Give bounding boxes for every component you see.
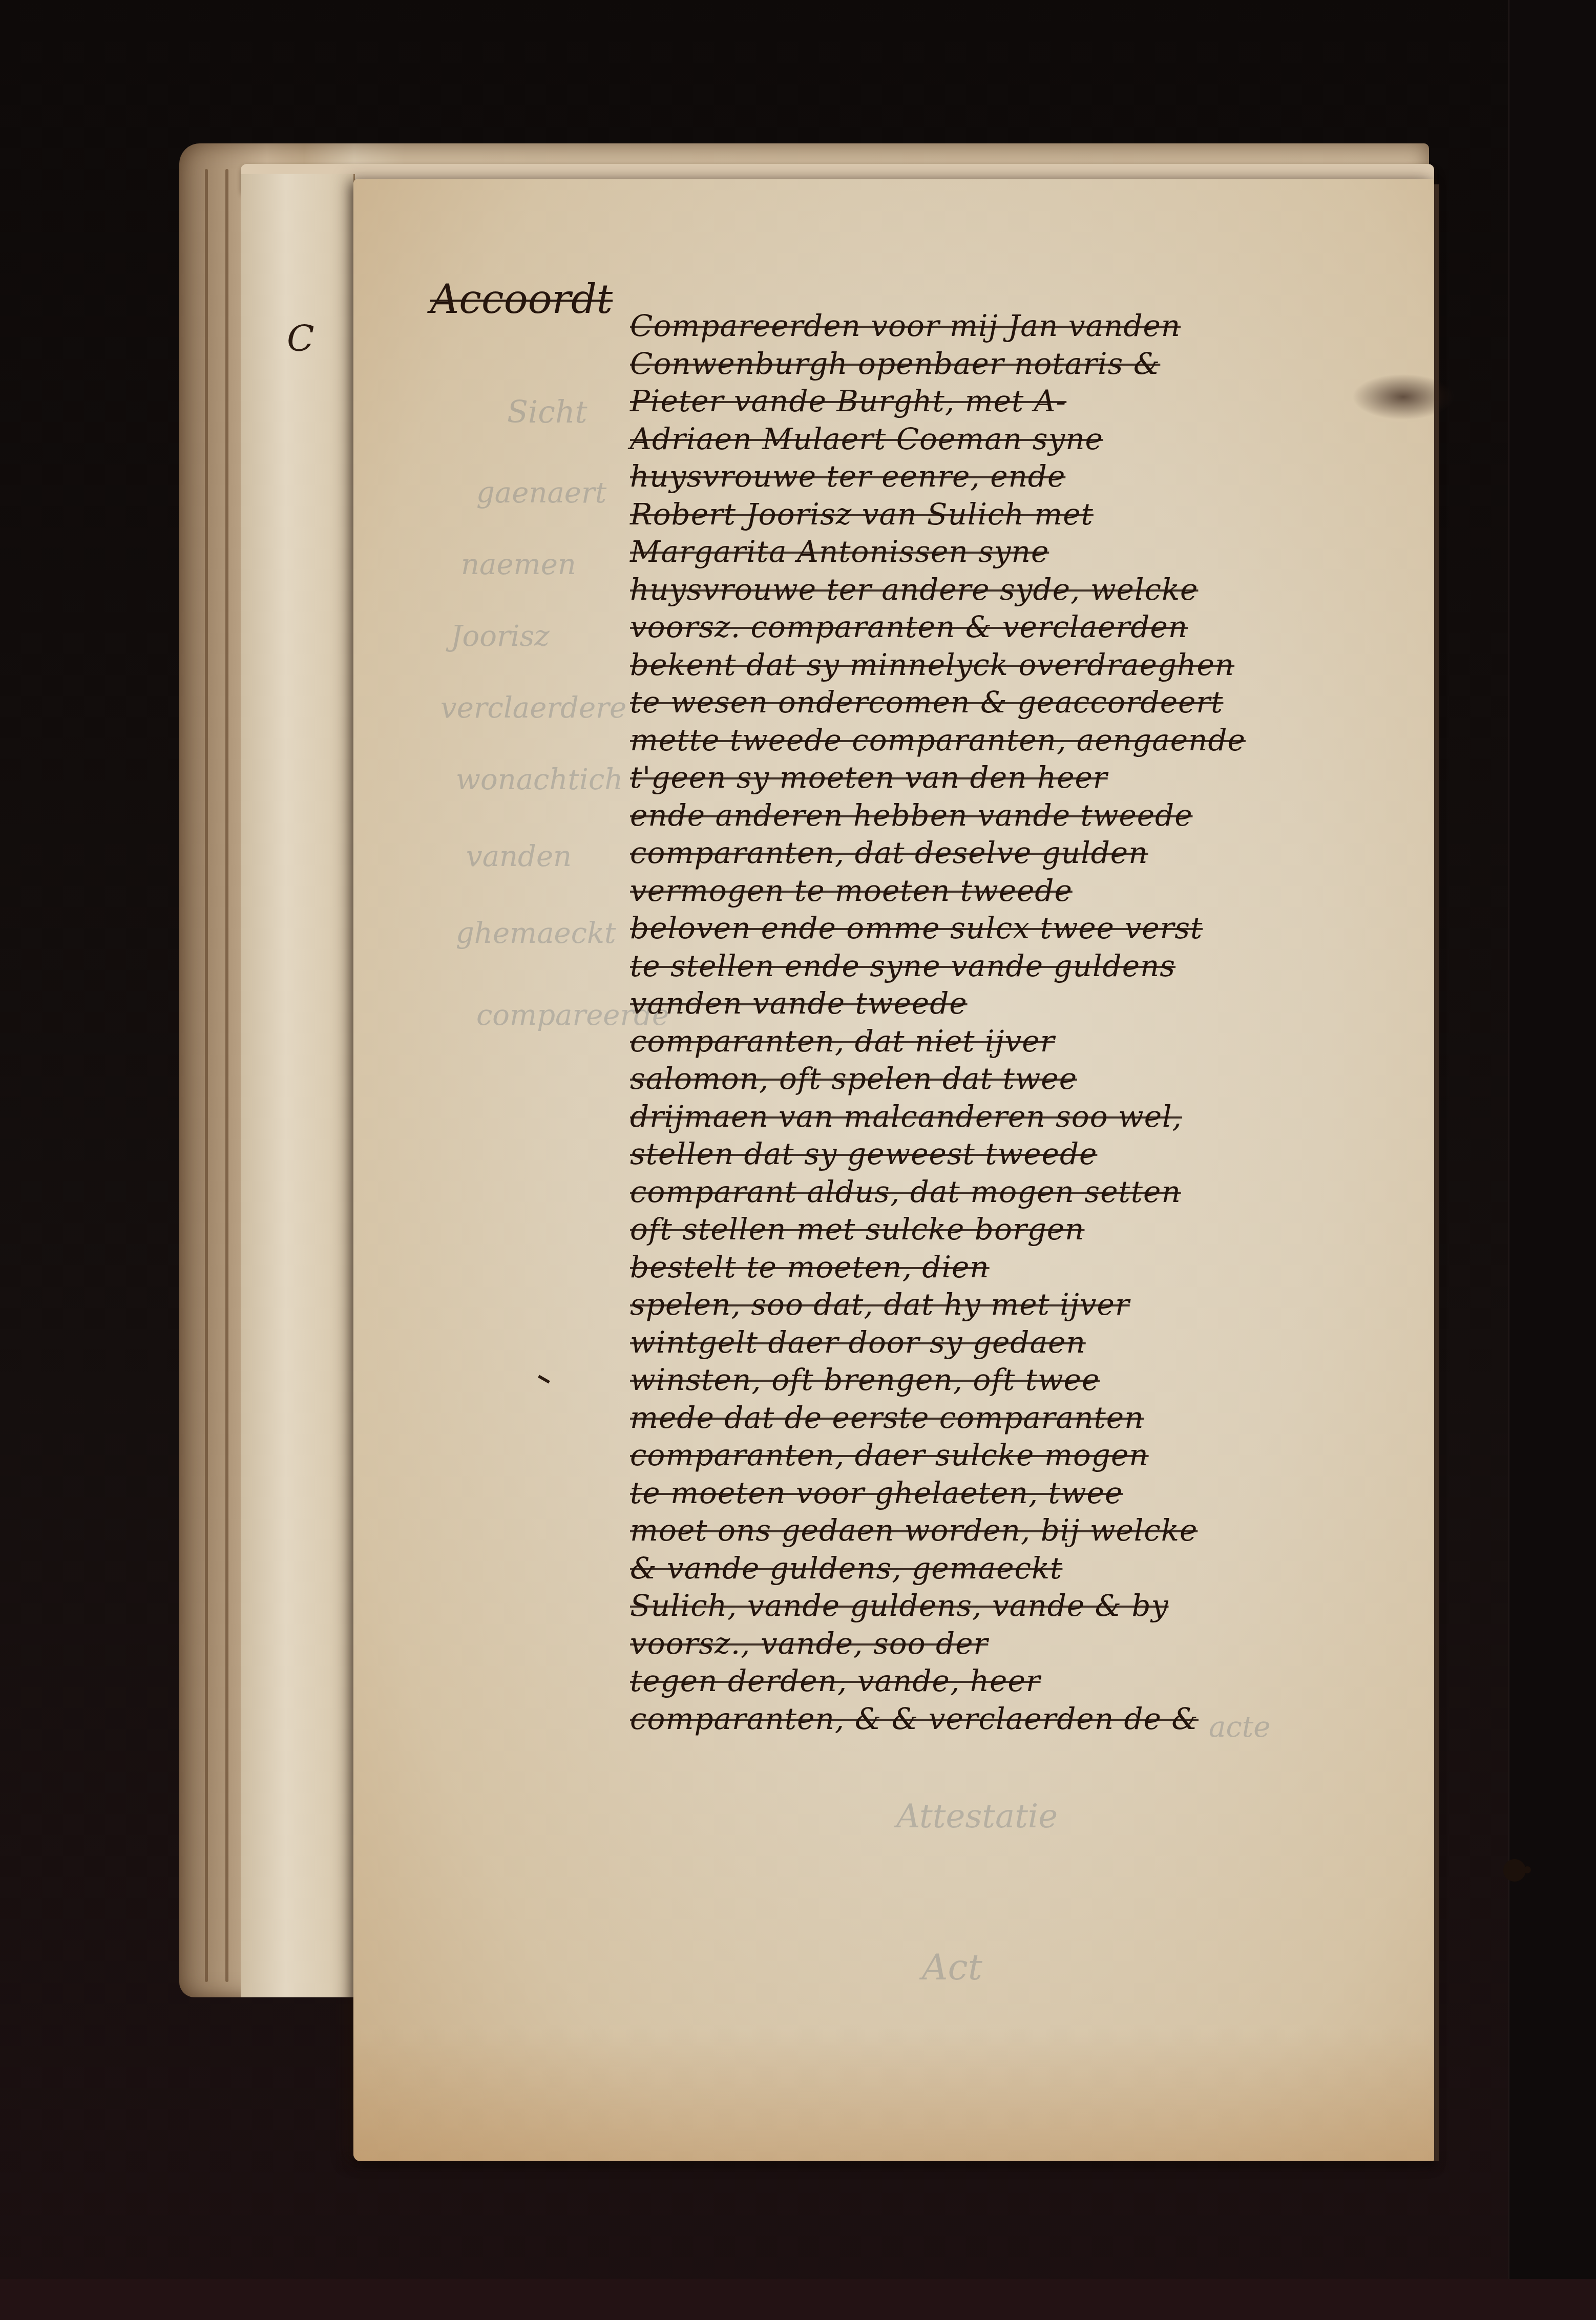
text-line: drijmaen van malcanderen soo wel, [630,1098,1480,1136]
page-stack-edge [225,169,228,1982]
text-line: t'geen sy moeten van den heer [630,759,1480,797]
bleed-through-text: gaenaert [476,476,606,510]
text-line: Compareerden voor mij Jan vanden [630,307,1480,345]
deed-heading: Accoordt [430,277,613,323]
text-line: mede dat de eerste comparanten [630,1399,1480,1437]
text-line: te wesen ondercomen & geaccordeert [630,684,1480,722]
ink-smudge [1352,374,1455,420]
text-line: te moeten voor ghelaeten, twee [630,1474,1480,1512]
background-bottom-strip [0,2279,1596,2320]
text-line: bestelt te moeten, dien [630,1249,1480,1286]
text-line: comparanten, dat niet ijver [630,1023,1480,1061]
text-line: salomon, oft spelen dat twee [630,1060,1480,1098]
marginal-note-faint: Attestatie [896,1798,1058,1836]
text-line: moet ons gedaen worden, bij welcke [630,1512,1480,1550]
text-line: vanden vande tweede [630,985,1480,1023]
text-line: ende anderen hebben vande tweede [630,797,1480,835]
text-line: stellen dat sy geweest tweede [630,1135,1480,1173]
deed-body: Compareerden voor mij Jan vanden Conwenb… [630,307,1480,1738]
text-line: huysvrouwe ter eenre, ende [630,458,1480,496]
marginal-note-faint: Act [922,1946,982,1988]
text-line: Sulich, vande guldens, vande & by [630,1587,1480,1625]
text-line: mette tweede comparanten, aengaende [630,722,1480,760]
bleed-through-text: Sicht [507,394,587,430]
text-line: Robert Joorisz van Sulich met [630,496,1480,534]
text-line: comparanten, dat deselve gulden [630,834,1480,872]
text-line: spelen, soo dat, dat hy met ijver [630,1286,1480,1324]
text-line: Margarita Antonissen syne [630,533,1480,571]
text-line: vermogen te moeten tweede [630,872,1480,910]
text-line: comparanten, & & verclaerden de & [630,1700,1480,1738]
text-line: voorsz. comparanten & verclaerden [630,608,1480,646]
text-line: comparanten, daer sulcke mogen [630,1437,1480,1474]
bleed-through-text: naemen [461,548,576,581]
text-line: beloven ende omme sulcx twee verst [630,910,1480,947]
text-line: wintgelt daer door sy gedaen [630,1324,1480,1362]
text-line: tegen derden, vande, heer [630,1662,1480,1700]
ink-blot [1503,1859,1526,1882]
text-line: voorsz., vande, soo der [630,1625,1480,1663]
text-line: bekent dat sy minnelyck overdraeghen [630,646,1480,684]
page-stack-edge [205,169,208,1982]
text-line: winsten, oft brengen, oft twee [630,1361,1480,1399]
text-line: oft stellen met sulcke borgen [630,1211,1480,1249]
bleed-through-text: Joorisz [451,620,550,653]
bleed-through-text: vanden [466,840,572,873]
bleed-through-text: ghemaeckt [456,917,616,950]
text-line: comparant aldus, dat mogen setten [630,1173,1480,1211]
text-line: huysvrouwe ter andere syde, welcke [630,571,1480,609]
text-line: & vande guldens, gemaeckt [630,1550,1480,1588]
left-leaf: C [241,174,355,1997]
text-line: Adriaen Mulaert Coeman syne [630,420,1480,458]
bleed-through-text: verclaerdere [440,691,626,725]
background-right-panel [1508,0,1596,2320]
text-line: te stellen ende syne vande guldens [630,947,1480,985]
bleed-through-text: wonachtich [456,763,623,796]
leaf-mark: C [287,318,314,360]
